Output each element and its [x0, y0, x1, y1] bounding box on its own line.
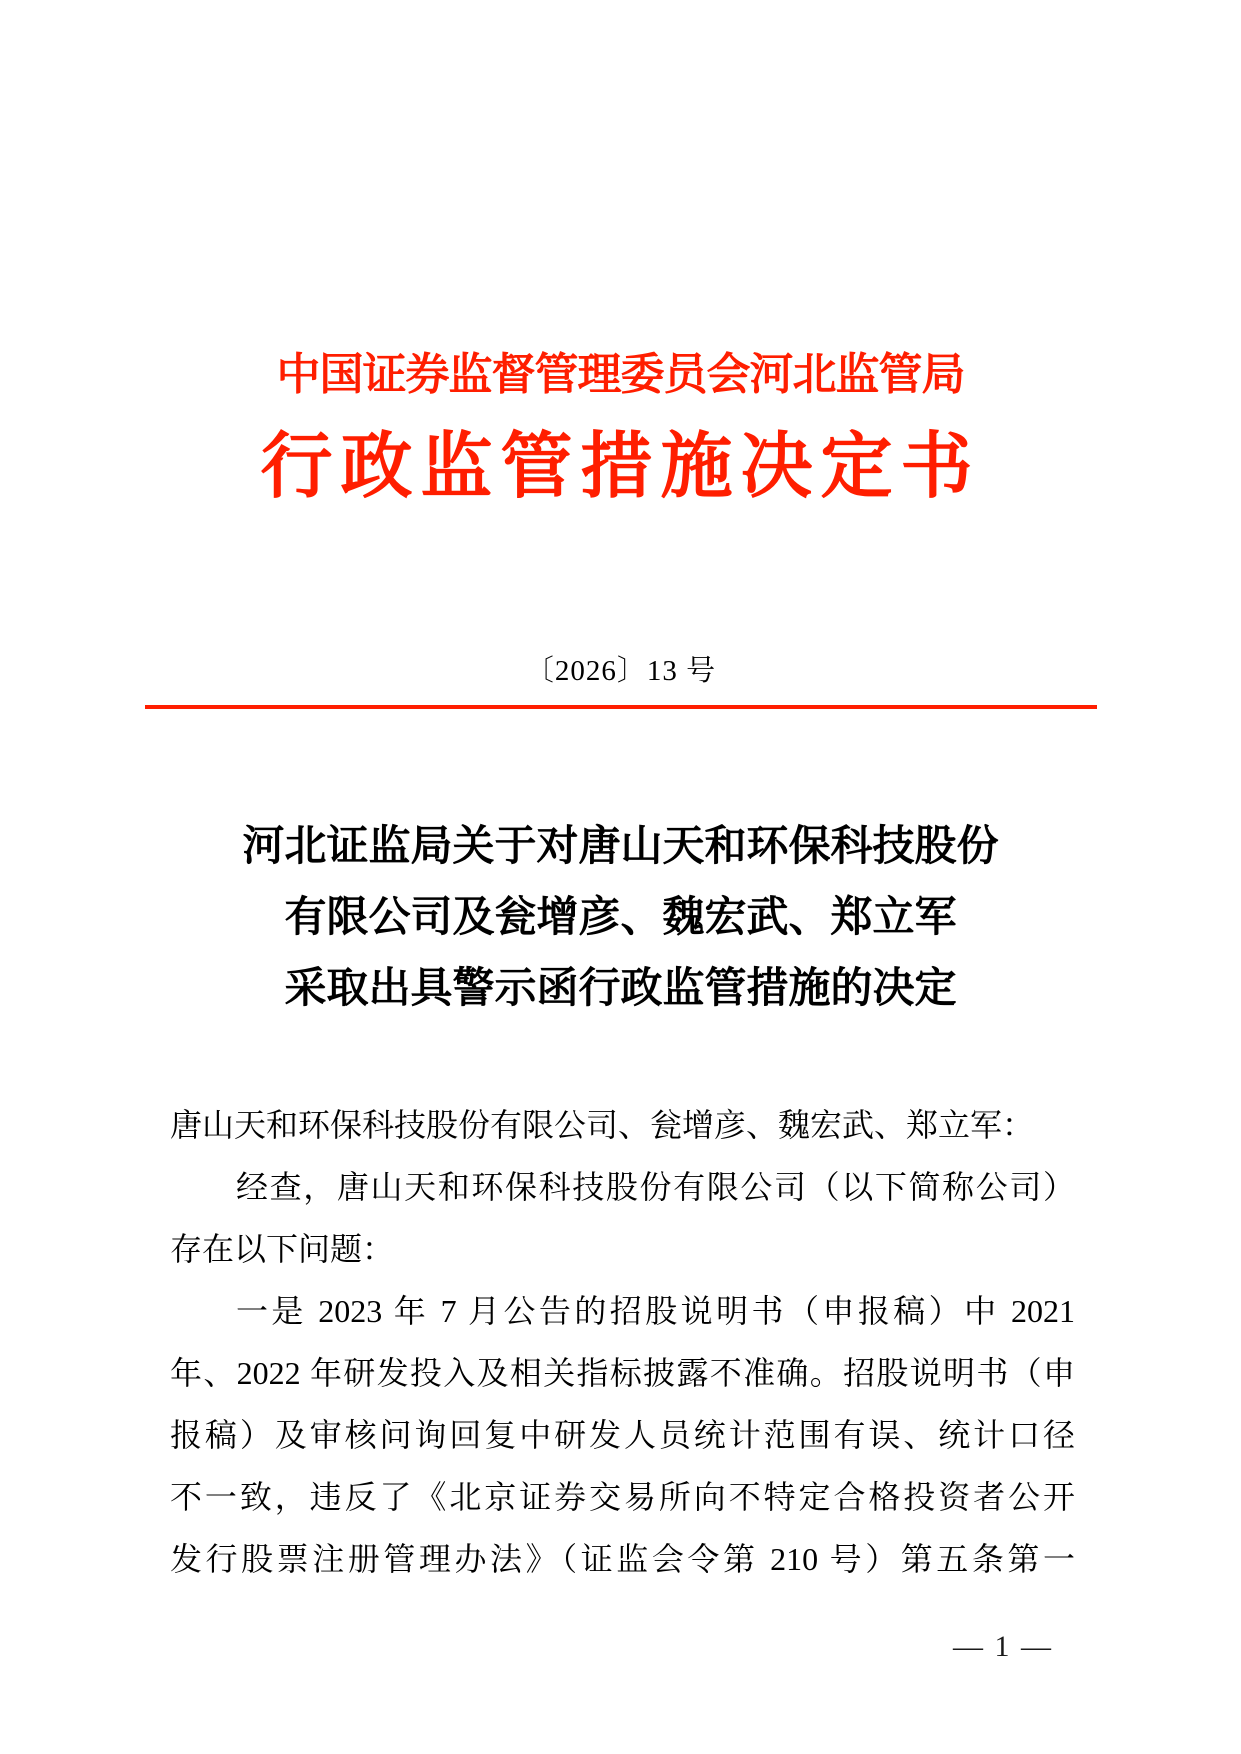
body-line: 报稿）及审核问询回复中研发人员统计范围有误、统计口径: [170, 1404, 1075, 1466]
decision-title-line-3: 采取出具警示函行政监管措施的决定: [68, 954, 1173, 1025]
salutation-line: 唐山天和环保科技股份有限公司、瓮增彦、魏宏武、郑立军：: [170, 1094, 1075, 1156]
document-number: 〔2026〕13 号: [0, 648, 1241, 689]
decision-body: 唐山天和环保科技股份有限公司、瓮增彦、魏宏武、郑立军： 经查，唐山天和环保科技股…: [170, 1094, 1075, 1590]
header-divider-rule: [145, 705, 1097, 709]
body-line: 年、2022 年研发投入及相关指标披露不准确。招股说明书（申: [170, 1342, 1075, 1404]
body-line: 不一致，违反了《北京证券交易所向不特定合格投资者公开: [170, 1466, 1075, 1528]
issuing-org-header: 中国证券监督管理委员会河北监管局: [0, 338, 1241, 402]
body-line: 经查，唐山天和环保科技股份有限公司（以下简称公司）: [170, 1156, 1075, 1218]
decision-title: 河北证监局关于对唐山天和环保科技股份 有限公司及瓮增彦、魏宏武、郑立军 采取出具…: [68, 812, 1173, 1025]
body-line: 一是 2023 年 7 月公告的招股说明书（申报稿）中 2021: [170, 1280, 1075, 1342]
decision-title-line-2: 有限公司及瓮增彦、魏宏武、郑立军: [68, 883, 1173, 954]
body-line: 存在以下问题：: [170, 1218, 1075, 1280]
decision-title-line-1: 河北证监局关于对唐山天和环保科技股份: [68, 812, 1173, 883]
page-number: — 1 —: [953, 1630, 1053, 1664]
document-type-title: 行政监管措施决定书: [0, 408, 1241, 512]
body-line: 发行股票注册管理办法》（证监会令第 210 号）第五条第一: [170, 1528, 1075, 1590]
document-page: 中国证券监督管理委员会河北监管局 行政监管措施决定书 〔2026〕13 号 河北…: [0, 0, 1241, 1754]
